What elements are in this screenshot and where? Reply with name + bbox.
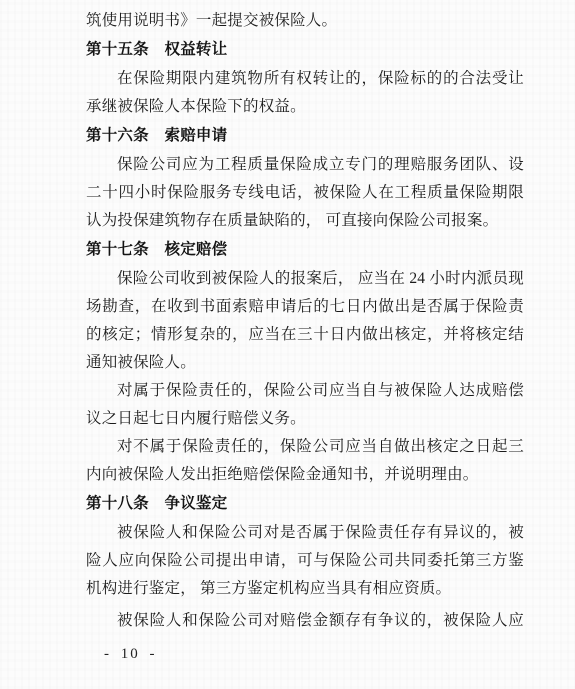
text-line: 被保险人和保险公司对是否属于保险责任存有异议的，被保 [86, 519, 524, 547]
text-line: 承继被保险人本保险下的权益。 [86, 93, 524, 121]
text-line: 认为投保建筑物存在质量缺陷的， 可直接向保险公司报案。 [86, 207, 524, 235]
document-body: 筑使用说明书》一起提交被保险人。第十五条 权益转让在保险期限内建筑物所有权转让的… [86, 7, 524, 635]
text-line: 机构进行鉴定， 第三方鉴定机构应当具有相应资质。 [86, 575, 524, 603]
article-heading: 第十八条 争议鉴定 [86, 490, 524, 518]
text-line: 对不属于保险责任的，保险公司应当自做出核定之日起三日 [86, 433, 524, 461]
text-line: 险人应向保险公司提出申请，可与保险公司共同委托第三方鉴定 [86, 547, 524, 575]
text-line: 内向被保险人发出拒绝赔偿保险金通知书，并说明理由。 [86, 461, 524, 489]
page-number: - 10 - [104, 644, 157, 664]
text-line: 议之日起七日内履行赔偿义务。 [86, 405, 524, 433]
text-line: 对属于保险责任的，保险公司应当自与被保险人达成赔偿协 [86, 377, 524, 405]
text-line: 在保险期限内建筑物所有权转让的，保险标的的合法受让人 [86, 65, 524, 93]
text-line: 保险公司收到被保险人的报案后， 应当在 24 小时内派员现 [86, 265, 524, 293]
document-page: 筑使用说明书》一起提交被保险人。第十五条 权益转让在保险期限内建筑物所有权转让的… [0, 0, 575, 689]
text-line: 的核定；情形复杂的，应当在三十日内做出核定，并将核定结果 [86, 321, 524, 349]
article-heading: 第十六条 索赔申请 [86, 122, 524, 150]
text-line: 保险公司应为工程质量保险成立专门的理赔服务团队、设立 [86, 151, 524, 179]
text-line: 二十四小时保险服务专线电话，被保险人在工程质量保险期限内 [86, 179, 524, 207]
text-line: 筑使用说明书》一起提交被保险人。 [86, 7, 524, 35]
text-line: 被保险人和保险公司对赔偿金额存有争议的，被保险人应向 [86, 607, 524, 635]
text-line: 通知被保险人。 [86, 349, 524, 377]
text-line: 场勘查，在收到书面索赔申请后的七日内做出是否属于保险责任 [86, 293, 524, 321]
article-heading: 第十五条 权益转让 [86, 36, 524, 64]
article-heading: 第十七条 核定赔偿 [86, 236, 524, 264]
